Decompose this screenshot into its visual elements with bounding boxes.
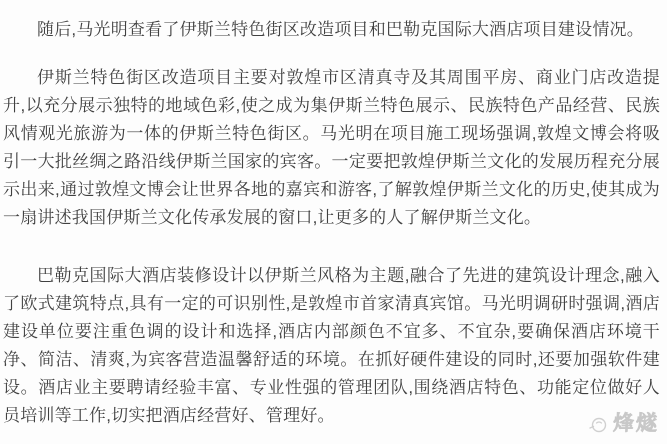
paragraph-street-project: 伊斯兰特色街区改造项目主要对敦煌市区清真寺及其周围平房、商业门店改造提升,以充分… (3, 64, 660, 232)
article-page: 随后,马光明查看了伊斯兰特色街区改造项目和巴勒克国际大酒店项目建设情况。 伊斯兰… (0, 0, 667, 444)
paragraph-intro: 随后,马光明查看了伊斯兰特色街区改造项目和巴勒克国际大酒店项目建设情况。 (3, 16, 660, 44)
paragraph-hotel-project: 巴勒克国际大酒店装修设计以伊斯兰风格为主题,融合了先进的建筑设计理念,融入了欧式… (3, 262, 660, 430)
